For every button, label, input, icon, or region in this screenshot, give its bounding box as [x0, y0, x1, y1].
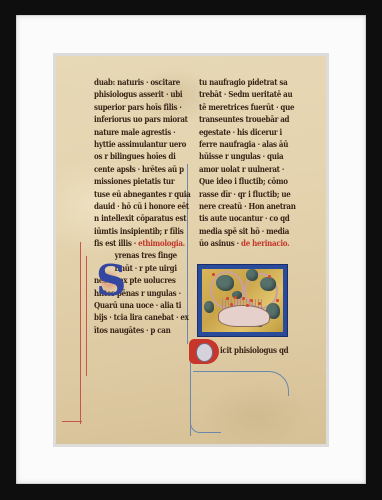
decorated-initial-s: S [96, 262, 122, 300]
text-line: tuse eū abnegantes r quia [94, 188, 180, 200]
manuscript-page: duab: naturis · oscitare phisiologus ass… [56, 56, 326, 444]
text-line: inferiorus uo pars miorat [94, 113, 180, 125]
text-span: fis est illis · [94, 238, 138, 248]
hedgehog [218, 305, 270, 327]
text-line: missiones pietatis tur [94, 175, 180, 187]
text-line: hūisse r ungulas · quia [199, 150, 282, 162]
text-line: icit phisiologus qd [220, 344, 288, 356]
text-line: cente apsłs · hrētes aū p [94, 163, 180, 175]
grape [276, 299, 279, 302]
leaf [260, 277, 276, 291]
red-marginal-flourish [80, 242, 81, 424]
text-line: ferre naufragia · alas āū [199, 138, 282, 150]
text-line: n intellexit cōparatus est [94, 212, 180, 224]
text-line: trebāt · Sedm ueritatē au [199, 88, 282, 100]
gold-background [202, 269, 283, 332]
grape [212, 273, 215, 276]
hedgehog-illumination [197, 264, 288, 337]
text-line: transeuntes trouebār ad [199, 113, 282, 125]
text-line: nature male agrestis · [94, 126, 180, 138]
text-line: Que ideo i fluctib; cōmo [199, 175, 282, 187]
rubric-heading-hedgehog: de herinacio. [241, 238, 289, 248]
text-span: ūo asinus · [199, 238, 241, 248]
leaf [204, 301, 214, 313]
rubric-line: ūo asinus · de herinacio. [199, 237, 282, 249]
leaf [246, 269, 258, 281]
grape [250, 299, 253, 302]
text-line: dauid · hō cū i honore eēt [94, 200, 180, 212]
grape [242, 297, 245, 300]
initial-d-decoration [196, 343, 213, 362]
text-line: egestate · his dicerur i [199, 126, 282, 138]
text-line: rasse dīr · qr i fluctib; ue [199, 188, 282, 200]
blue-lower-curve [193, 371, 289, 396]
text-line: os r bilingues hoīes di [94, 150, 180, 162]
text-line: duab: naturis · oscitare [94, 76, 180, 88]
text-line: tu naufragio pidetrat sa [199, 76, 282, 88]
grape [226, 297, 229, 300]
rubric-line: fis est illis · ethimologia. [94, 237, 180, 249]
leaf [216, 275, 234, 291]
text-line: amor uolat r uulnerat · [199, 163, 282, 175]
grape [258, 302, 261, 305]
text-line: tis aute uocantur · co qd [199, 212, 282, 224]
grape [268, 275, 271, 278]
text-line: iūmtis insipientib; r fīlis [94, 225, 180, 237]
grape [230, 303, 233, 306]
text-line: hyttie assimulantur uero [94, 138, 180, 150]
red-marginal-flourish-2 [86, 256, 87, 376]
text-line: superior pars hoīs filis · [94, 101, 180, 113]
text-line: nere creatū · Hon anetran [199, 200, 282, 212]
text-line: ītos naugātes · p can [94, 324, 180, 336]
red-marginal-flourish-base [62, 421, 82, 422]
grape [246, 304, 249, 307]
blue-bottom-curve [190, 416, 221, 433]
grape [234, 296, 237, 299]
right-text-column: tu naufragio pidetrat sa trebāt · Sedm u… [199, 76, 295, 249]
rubric-heading-sirens: ethimologia. [138, 238, 185, 248]
text-line: phisiologus asserit · ubi [94, 88, 180, 100]
text-line: tē meretrices fuerūt · que [199, 101, 282, 113]
text-line: media spē sit hō · media [199, 225, 282, 237]
text-line: bijs · tcia lira canebat · ex [94, 311, 180, 323]
